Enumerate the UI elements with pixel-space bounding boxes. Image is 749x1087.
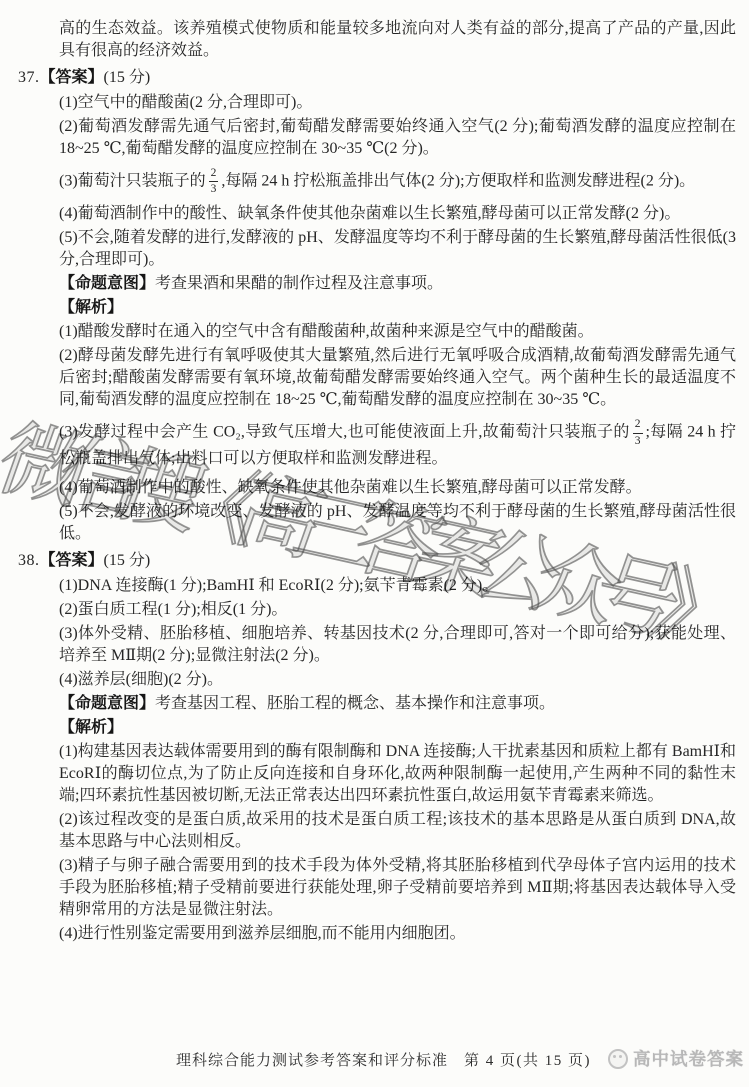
q38-analysis-label: 【解析】: [59, 717, 736, 739]
q38-analysis-3: (3)精子与卵子融合需要用到的技术手段为体外受精,将其胚胎移植到代孕母体子宫内运…: [59, 855, 736, 921]
question-38-header: 38.【答案】(15 分): [18, 550, 736, 572]
q37-intent: 【命题意图】考查果酒和果醋的制作过程及注意事项。: [59, 273, 736, 295]
question-38-number: 38.: [18, 552, 40, 569]
q37-analysis-label: 【解析】: [59, 297, 736, 319]
intent-label: 【命题意图】: [59, 275, 155, 292]
page-footer: 理科综合能力测试参考答案和评分标准第 4 页(共 15 页) 高中试卷答案: [0, 1046, 749, 1076]
question-37-header: 37.【答案】(15 分): [18, 67, 736, 89]
intro-paragraph: 高的生态效益。该养殖模式使物质和能量较多地流向对人类有益的部分,提高了产品的产量…: [59, 18, 736, 62]
scanned-answer-page: 高的生态效益。该养殖模式使物质和能量较多地流向对人类有益的部分,提高了产品的产量…: [0, 0, 749, 1087]
fraction-numerator: 2: [633, 418, 643, 433]
q37-answer-5: (5)不会,随着发酵的进行,发酵液的 pH、发酵温度等均不利于酵母菌的生长繁殖,…: [59, 227, 736, 271]
page-body: 高的生态效益。该养殖模式使物质和能量较多地流向对人类有益的部分,提高了产品的产量…: [59, 16, 736, 947]
q37-answer-3: (3)葡萄汁只装瓶子的23,每隔 24 h 拧松瓶盖排出气体(2 分);方便取样…: [59, 167, 736, 196]
q37-answer-4: (4)葡萄酒制作中的酸性、缺氧条件使其他杂菌难以生长繁殖,酵母菌可以正常发酵(2…: [59, 203, 736, 225]
q38-analysis-2: (2)该过程改变的是蛋白质,故采用的技术是蛋白质工程;该技术的基本思路是从蛋白质…: [59, 809, 736, 853]
fraction-denominator: 3: [633, 434, 643, 448]
q38-answer-2: (2)蛋白质工程(1 分);相反(1 分)。: [59, 599, 736, 621]
question-38-section: 38.【答案】(15 分) (1)DNA 连接酶(1 分);BamHⅠ 和 Ec…: [59, 550, 736, 945]
q37-answer-1: (1)空气中的醋酸菌(2 分,合理即可)。: [59, 92, 736, 114]
question-37-number: 37.: [18, 69, 40, 86]
footer-page-number: 第 4 页(共 15 页): [464, 1053, 591, 1069]
answer-score: (15 分): [104, 69, 151, 86]
footer-document-title: 理科综合能力测试参考答案和评分标准: [176, 1053, 448, 1069]
fraction-two-thirds: 23: [633, 418, 643, 447]
q37-analysis-3-pre: (3)发酵过程中会产生 CO₂,导致气压增大,也可能使液面上升,故葡萄汁只装瓶子…: [59, 424, 630, 441]
q37-analysis-2: (2)酵母菌发酵先进行有氧呼吸使其大量繁殖,然后进行无氧呼吸合成酒精,故葡萄酒发…: [59, 345, 736, 411]
intent-label: 【命题意图】: [59, 695, 155, 712]
intent-text: 考查基因工程、胚胎工程的概念、基本操作和注意事项。: [155, 695, 555, 712]
question-37-section: 37.【答案】(15 分) (1)空气中的醋酸菌(2 分,合理即可)。 (2)葡…: [59, 67, 736, 545]
q37-answer-3-pre: (3)葡萄汁只装瓶子的: [59, 172, 206, 189]
intent-text: 考查果酒和果醋的制作过程及注意事项。: [155, 275, 443, 292]
fraction-two-thirds: 23: [209, 167, 219, 196]
brand-badge: 高中试卷答案: [608, 1046, 744, 1071]
q37-answer-2: (2)葡萄酒发酵需先通气后密封,葡萄醋发酵需要始终通入空气(2 分);葡萄酒发酵…: [59, 116, 736, 160]
answer-score: (15 分): [104, 552, 151, 569]
q37-answer-3-post: ,每隔 24 h 拧松瓶盖排出气体(2 分);方便取样和监测发酵进程(2 分)。: [221, 172, 695, 189]
q37-analysis-1: (1)醋酸发酵时在通入的空气中含有醋酸菌种,故菌种来源是空气中的醋酸菌。: [59, 321, 736, 343]
q38-answer-4: (4)滋养层(细胞)(2 分)。: [59, 669, 736, 691]
q37-analysis-5: (5)不会,发酵液的环境改变、发酵液的 pH、发酵温度等均不利于酵母菌的生长繁殖…: [59, 501, 736, 545]
q38-analysis-1: (1)构建基因表达载体需要用到的酶有限制酶和 DNA 连接酶;人干扰素基因和质粒…: [59, 741, 736, 807]
q38-answer-1: (1)DNA 连接酶(1 分);BamHⅠ 和 EcoRⅠ(2 分);氨苄青霉素…: [59, 575, 736, 597]
fraction-numerator: 2: [209, 167, 219, 182]
q37-analysis-4: (4)葡萄酒制作中的酸性、缺氧条件使其他杂菌难以生长繁殖,酵母菌可以正常发酵。: [59, 477, 736, 499]
q38-answer-3: (3)体外受精、胚胎移植、细胞培养、转基因技术(2 分,合理即可,答对一个即可给…: [59, 623, 736, 667]
brand-name: 高中试卷答案: [633, 1046, 744, 1071]
footer-center: 理科综合能力测试参考答案和评分标准第 4 页(共 15 页): [176, 1049, 591, 1070]
brand-logo-icon: [608, 1049, 628, 1069]
answer-label: 【答案】: [40, 69, 104, 86]
q38-analysis-4: (4)进行性别鉴定需要用到滋养层细胞,而不能用内细胞团。: [59, 923, 736, 945]
answer-label: 【答案】: [40, 552, 104, 569]
q38-intent: 【命题意图】考查基因工程、胚胎工程的概念、基本操作和注意事项。: [59, 693, 736, 715]
q37-analysis-3: (3)发酵过程中会产生 CO₂,导致气压增大,也可能使液面上升,故葡萄汁只装瓶子…: [59, 418, 736, 469]
fraction-denominator: 3: [209, 182, 219, 196]
